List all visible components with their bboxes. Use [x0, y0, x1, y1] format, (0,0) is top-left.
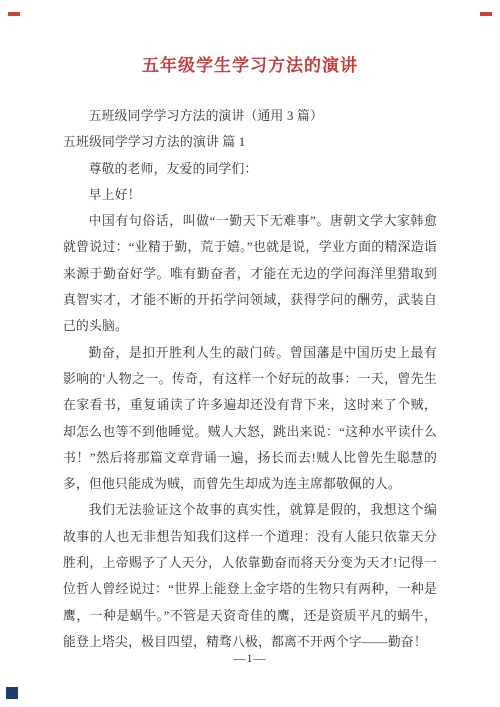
page-number: —1—: [0, 651, 500, 666]
paragraph-salutation: 尊敬的老师，友爱的同学们：: [63, 156, 437, 182]
paragraph-greeting: 早上好！: [63, 182, 437, 208]
top-right-red-mark: [480, 12, 492, 16]
document-title: 五年级学生学习方法的演讲: [0, 52, 500, 80]
top-left-red-mark: [8, 12, 20, 16]
document-body: 五班级同学学习方法的演讲（通用 3 篇） 五班级同学学习方法的演讲 篇 1 尊敬…: [63, 103, 437, 655]
bottom-left-navy-square: [6, 687, 18, 699]
document-subtitle: 五班级同学学习方法的演讲（通用 3 篇）: [63, 103, 437, 129]
paragraph-proverb: 中国有句俗话，叫做“一勤天下无难事”。唐朝文学大家韩愈就曾说过：“业精于勤，荒于…: [63, 208, 437, 339]
section-heading: 五班级同学学习方法的演讲 篇 1: [63, 129, 437, 155]
document-page: 五年级学生学习方法的演讲 五班级同学学习方法的演讲（通用 3 篇） 五班级同学学…: [0, 0, 500, 707]
paragraph-story: 勤奋，是扣开胜利人生的敲门砖。曾国藩是中国历史上最有影响的'人物之一。传奇，有这…: [63, 340, 437, 498]
paragraph-moral: 我们无法验证这个故事的真实性，就算是假的，我想这个编故事的人也无非想告知我们这样…: [63, 497, 437, 655]
